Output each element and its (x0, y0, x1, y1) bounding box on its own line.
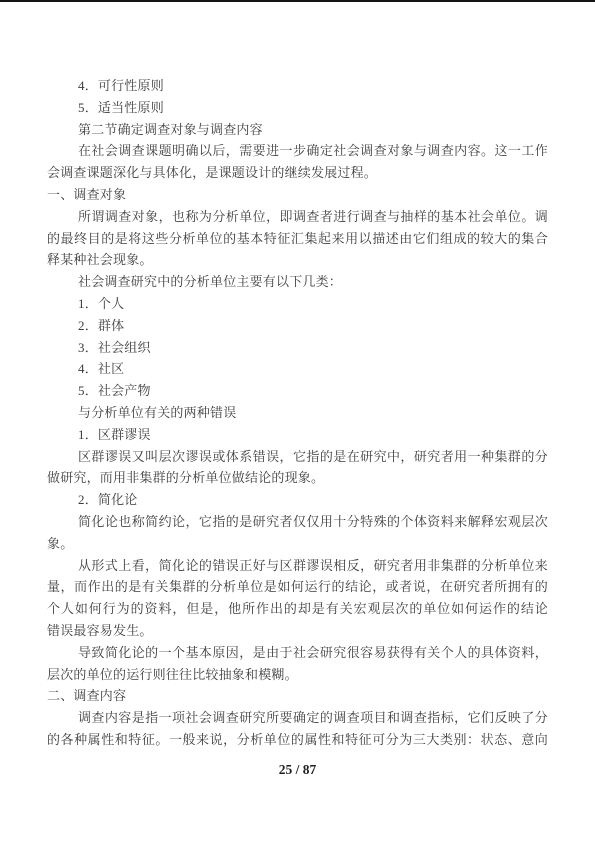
text-line: 所谓调查对象，也称为分析单位，即调查者进行调查与抽样的基本社会单位。调查研究 (47, 206, 548, 228)
text-line: 会调查课题深化与具体化，是课题设计的继续发展过程。 (47, 162, 548, 184)
text-line: 个人如何行为的资料，但是，他所作出的却是有关宏观层次的单位如何运作的结论时，这种 (47, 598, 548, 620)
text-line: 释某种社会现象。 (47, 249, 548, 271)
list-item: 4．社区 (47, 358, 548, 380)
page-number: 25 / 87 (0, 762, 595, 778)
list-item: 2．简化论 (47, 489, 548, 511)
text-line: 区群谬误又叫层次谬误或体系错误，它指的是在研究中，研究者用一种集群的分析单位 (47, 446, 548, 468)
text-line: 社会调查研究中的分析单位主要有以下几类： (47, 271, 548, 293)
text-line: 象。 (47, 533, 548, 555)
text-line: 简化论也称简约论，它指的是研究者仅仅用十分特殊的个体资料来解释宏观层次的现 (47, 511, 548, 533)
list-item: 1．个人 (47, 293, 548, 315)
text-line: 做研究，而用非集群的分析单位做结论的现象。 (47, 467, 548, 489)
list-item: 2．群体 (47, 315, 548, 337)
text-line: 与分析单位有关的两种错误 (47, 402, 548, 424)
document-content: 4．可行性原则 5．适当性原则 第二节确定调查对象与调查内容 在社会调查课题明确… (47, 75, 548, 751)
section-heading: 第二节确定调查对象与调查内容 (47, 119, 548, 141)
text-line: 导致简化论的一个基本原因，是由于社会研究很容易获得有关个人的具体资料，而宏观 (47, 642, 548, 664)
text-line: 的各种属性和特征。一般来说，分析单位的属性和特征可分为三大类别：状态、意向和行 (47, 729, 548, 751)
page-top-border (0, 0, 595, 2)
text-line: 错误最容易发生。 (47, 620, 548, 642)
text-line: 层次的单位的运行则往往比较抽象和模糊。 (47, 664, 548, 686)
document-page: 4．可行性原则 5．适当性原则 第二节确定调查对象与调查内容 在社会调查课题明确… (0, 0, 595, 841)
list-item: 3．社会组织 (47, 337, 548, 359)
subsection-heading: 二、调查内容 (47, 685, 548, 707)
text-line: 的最终目的是将这些分析单位的基本特征汇集起来用以描述由它们组成的较大的集合体或解 (47, 228, 548, 250)
list-item: 1．区群谬误 (47, 424, 548, 446)
text-line: 量，而作出的是有关集群的分析单位是如何运行的结论，或者说，在研究者所拥有的是有关 (47, 576, 548, 598)
text-line: 调查内容是指一项社会调查研究所要确定的调查项目和调查指标，它们反映了分析单位 (47, 707, 548, 729)
list-item: 4．可行性原则 (47, 75, 548, 97)
text-line: 从形式上看，简化论的错误正好与区群谬误相反，研究者用非集群的分析单位来进行测 (47, 555, 548, 577)
list-item: 5．适当性原则 (47, 97, 548, 119)
text-line: 在社会调查课题明确以后，需要进一步确定社会调查对象与调查内容。这一工作是将社 (47, 140, 548, 162)
list-item: 5．社会产物 (47, 380, 548, 402)
subsection-heading: 一、调查对象 (47, 184, 548, 206)
